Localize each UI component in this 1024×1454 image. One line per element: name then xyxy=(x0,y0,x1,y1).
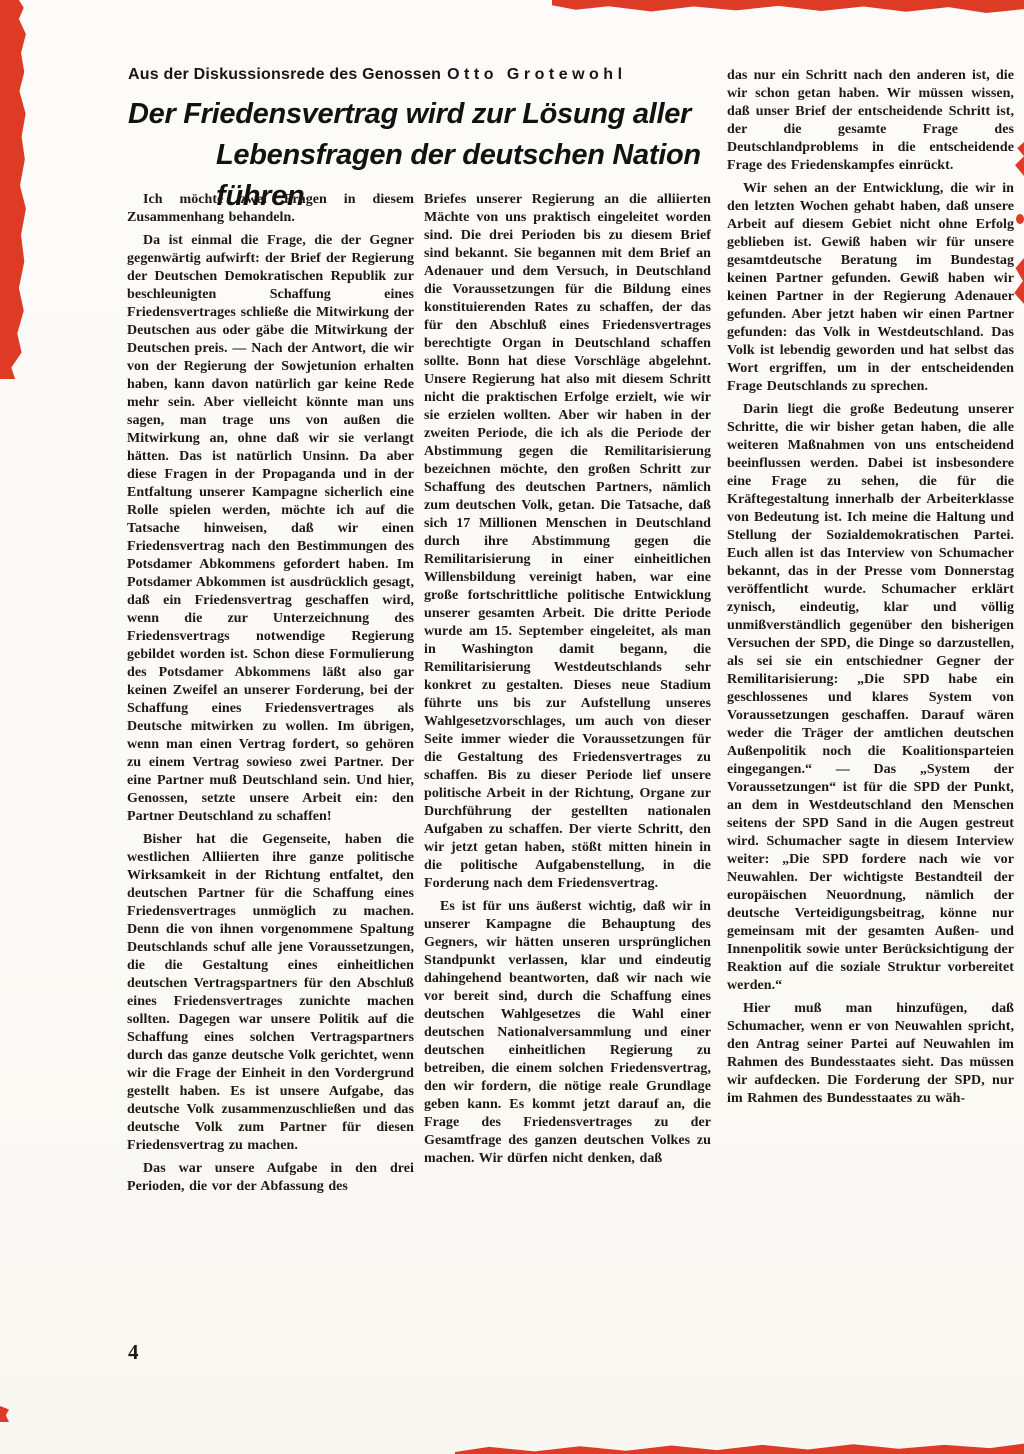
kicker-author-name: Otto Grotewohl xyxy=(447,66,626,83)
paragraph: Hier muß man hinzufügen, daß Schumacher,… xyxy=(727,1000,1014,1108)
kicker-text: Aus der Diskussionsrede des Genossen xyxy=(128,66,441,83)
text-column-3: das nur ein Schritt nach den anderen ist… xyxy=(727,67,1014,1108)
paragraph: Bisher hat die Gegenseite, haben die wes… xyxy=(127,831,414,1155)
paragraph: Darin liegt die große Bedeutung unserer … xyxy=(727,401,1014,995)
paragraph: Ich möchte zwei Fragen in diesem Zusamme… xyxy=(127,191,414,227)
text-column-1: Ich möchte zwei Fragen in diesem Zusamme… xyxy=(127,191,414,1196)
paragraph: Es ist für uns äußerst wichtig, daß wir … xyxy=(424,898,711,1168)
red-edge-mark-left xyxy=(0,0,27,379)
text-column-2: Briefes unserer Regierung an die alliier… xyxy=(424,191,711,1168)
red-edge-mark-bottom xyxy=(455,1441,1024,1454)
magazine-page: Aus der Diskussionsrede des GenossenOtto… xyxy=(0,0,1024,1454)
page-number: 4 xyxy=(128,1340,139,1365)
red-edge-mark-bottom-left xyxy=(0,1406,9,1422)
red-edge-mark-top xyxy=(552,0,1024,13)
paragraph: Wir sehen an der Entwicklung, die wir in… xyxy=(727,180,1014,396)
paragraph-continuation: das nur ein Schritt nach den anderen ist… xyxy=(727,67,1014,175)
paragraph: Da ist einmal die Frage, die der Gegner … xyxy=(127,232,414,826)
article-title-line-1: Der Friedensvertrag wird zur Lösung alle… xyxy=(128,94,728,135)
red-edge-mark-right-2 xyxy=(1016,214,1024,224)
article-kicker: Aus der Diskussionsrede des GenossenOtto… xyxy=(128,66,627,84)
paragraph: Das war unsere Aufgabe in den drei Perio… xyxy=(127,1160,414,1196)
paragraph-continuation: Briefes unserer Regierung an die alliier… xyxy=(424,191,711,893)
